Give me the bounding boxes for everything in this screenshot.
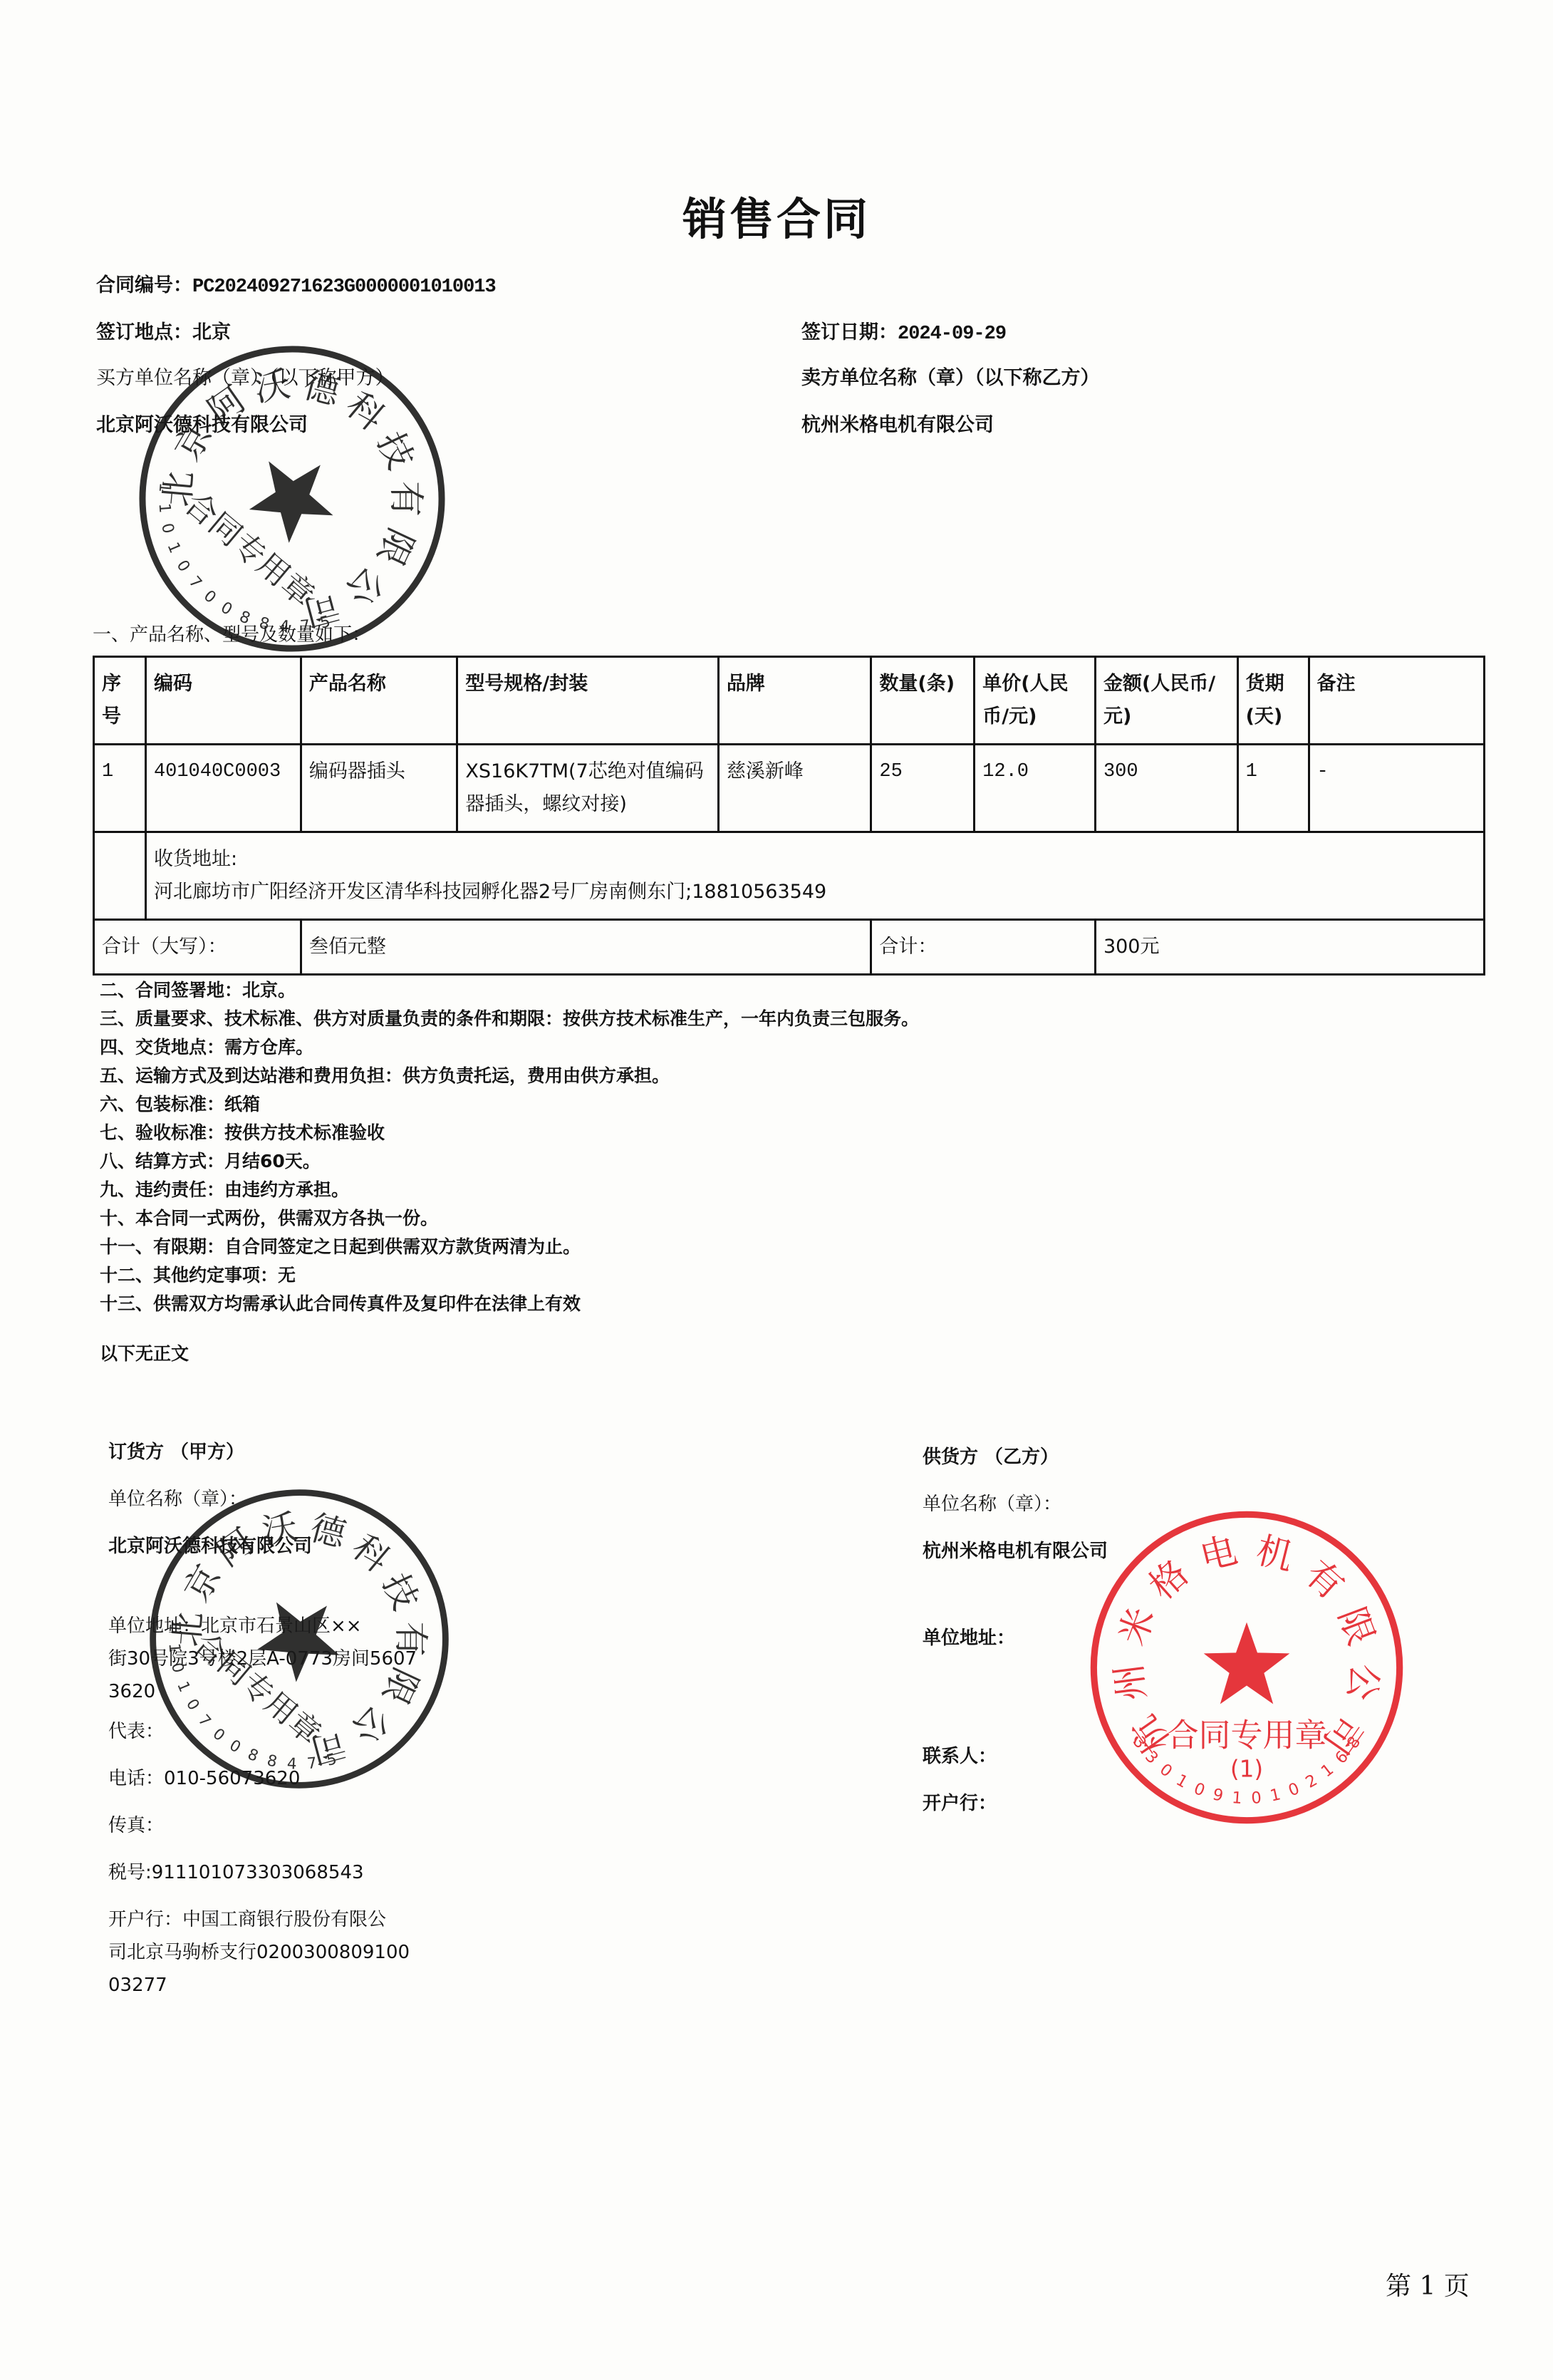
delivery-address-label: 收货地址: xyxy=(154,843,1476,876)
svg-text:限: 限 xyxy=(1330,1602,1382,1651)
buyer-tax: 税号:911101073303068543 xyxy=(108,1849,417,1896)
seller-label: 卖方单位名称（章）（以下称乙方） xyxy=(801,362,1100,390)
svg-text:7: 7 xyxy=(299,617,311,636)
buyer-bank-line1: 中国工商银行股份有限公 xyxy=(182,1909,386,1930)
svg-text:0: 0 xyxy=(1286,1779,1302,1800)
cell-name: 编码器插头 xyxy=(301,745,457,832)
svg-text:沃: 沃 xyxy=(251,363,294,410)
contract-number-label: 合同编号： xyxy=(96,274,192,296)
svg-text:8: 8 xyxy=(245,1745,261,1765)
cell-brand: 慈溪新峰 xyxy=(718,745,871,832)
col-header-name: 产品名称 xyxy=(301,657,457,745)
svg-text:1: 1 xyxy=(1231,1789,1242,1808)
cell-qty: 25 xyxy=(871,745,975,832)
svg-text:8: 8 xyxy=(265,1752,279,1771)
contract-term-item: 四、交货地点：需方仓库。 xyxy=(100,1033,919,1062)
seller-signature-block: 供货方 （乙方） 单位名称（章）： 杭州米格电机有限公司 单位地址： 联系人： … xyxy=(923,1434,1108,1827)
contract-term-item: 七、验收标准：按供方技术标准验收 xyxy=(100,1119,919,1147)
contract-term-item: 十、本合同一式两份，供需双方各执一份。 xyxy=(100,1204,919,1233)
seller-contact-label: 联系人： xyxy=(923,1733,1108,1780)
svg-text:0: 0 xyxy=(182,1696,202,1714)
svg-text:1: 1 xyxy=(163,540,183,557)
total-upper-value: 叁佰元整 xyxy=(301,920,871,975)
col-header-remark: 备注 xyxy=(1309,657,1485,745)
total-row: 合计（大写）： 叁佰元整 合计： 300元 xyxy=(94,920,1485,975)
sign-date: 签订日期：2024-09-29 xyxy=(801,316,1006,345)
svg-text:科: 科 xyxy=(345,1527,398,1580)
svg-text:合同专用章: 合同专用章 xyxy=(1167,1716,1327,1754)
buyer-seal-stamp-icon: 北京阿沃德科技有限公司合同专用章1101070088475 xyxy=(132,338,452,659)
svg-text:0: 0 xyxy=(209,1725,229,1745)
svg-text:9: 9 xyxy=(1211,1785,1225,1806)
no-more-text-note: 以下无正文 xyxy=(100,1340,189,1365)
svg-text:0: 0 xyxy=(200,587,219,607)
cell-seq: 1 xyxy=(94,745,146,832)
total-upper-label: 合计（大写）： xyxy=(94,920,301,975)
seller-bank-label: 开户行： xyxy=(923,1780,1108,1827)
delivery-address-value: 河北廊坊市广阳经济开发区清华科技园孵化器2号厂房南侧东门;18810563549 xyxy=(154,876,1476,909)
svg-text:1: 1 xyxy=(1269,1785,1283,1806)
page-number: 第 1 页 xyxy=(1386,2266,1470,2302)
buyer-tax-value: 911101073303068543 xyxy=(152,1862,364,1883)
svg-text:(1): (1) xyxy=(1230,1755,1263,1782)
cell-code: 401040C0003 xyxy=(145,745,301,832)
svg-text:京: 京 xyxy=(177,1558,229,1608)
delivery-address-row: 收货地址: 河北廊坊市广阳经济开发区清华科技园孵化器2号厂房南侧东门;18810… xyxy=(94,832,1485,920)
table-row: 1 401040C0003 编码器插头 XS16K7TM(7芯绝对值编码器插头，… xyxy=(94,745,1485,832)
svg-text:德: 德 xyxy=(299,364,346,413)
cell-spec: XS16K7TM(7芯绝对值编码器插头，螺纹对接) xyxy=(457,745,719,832)
svg-text:机: 机 xyxy=(1252,1529,1297,1579)
delivery-address-spacer xyxy=(94,832,146,920)
contract-term-item: 十二、其他约定事项：无 xyxy=(100,1261,919,1290)
contract-term-item: 八、结算方式：月结60天。 xyxy=(100,1147,919,1176)
seller-name: 杭州米格电机有限公司 xyxy=(801,409,994,437)
svg-text:格: 格 xyxy=(1142,1553,1197,1608)
document-title: 销售合同 xyxy=(0,184,1553,247)
svg-text:阿: 阿 xyxy=(200,378,253,433)
svg-text:7: 7 xyxy=(194,1712,214,1731)
col-header-brand: 品牌 xyxy=(718,657,871,745)
svg-text:州: 州 xyxy=(1108,1661,1154,1702)
product-table: 序号 编码 产品名称 型号规格/封装 品牌 数量(条) 单价(人民币/元) 金额… xyxy=(93,656,1485,976)
total-label: 合计： xyxy=(871,920,1096,975)
svg-text:公: 公 xyxy=(338,559,393,614)
svg-text:电: 电 xyxy=(1196,1529,1242,1579)
svg-text:1: 1 xyxy=(165,1642,184,1653)
svg-text:4: 4 xyxy=(286,1755,297,1774)
contract-number-value: PC202409271623G0000001010013 xyxy=(192,276,496,298)
col-header-spec: 型号规格/封装 xyxy=(457,657,719,745)
col-header-seq: 序号 xyxy=(94,657,146,745)
seller-block-heading: 供货方 （乙方） xyxy=(923,1434,1108,1481)
contract-number: 合同编号：PC202409271623G0000001010013 xyxy=(96,269,496,298)
svg-text:1: 1 xyxy=(173,1679,193,1695)
svg-text:德: 德 xyxy=(306,1507,351,1556)
buyer-block-heading: 订货方 （甲方） xyxy=(108,1429,417,1476)
sign-date-value: 2024-09-29 xyxy=(898,324,1006,345)
svg-text:限: 限 xyxy=(375,1662,426,1710)
total-value: 300元 xyxy=(1095,920,1484,975)
svg-text:0: 0 xyxy=(157,522,177,535)
cell-lead-time: 1 xyxy=(1237,745,1309,832)
buyer-fax-label: 传真： xyxy=(108,1802,417,1849)
sign-date-label: 签订日期： xyxy=(801,321,898,343)
svg-text:0: 0 xyxy=(167,1661,187,1675)
seller-address-label: 单位地址： xyxy=(923,1615,1108,1662)
col-header-qty: 数量(条) xyxy=(871,657,975,745)
svg-text:限: 限 xyxy=(369,522,422,572)
svg-text:0: 0 xyxy=(172,557,193,575)
buyer-bank-label: 开户行： xyxy=(108,1909,182,1930)
col-header-amount: 金额(人民币/元) xyxy=(1095,657,1237,745)
svg-text:2: 2 xyxy=(1302,1771,1320,1792)
svg-text:公: 公 xyxy=(1339,1661,1386,1702)
svg-text:0: 0 xyxy=(217,599,235,619)
col-header-lead-time: 货期(天) xyxy=(1237,657,1309,745)
seller-unit-name: 杭州米格电机有限公司 xyxy=(923,1528,1108,1575)
svg-text:阿: 阿 xyxy=(209,1521,261,1575)
svg-text:0: 0 xyxy=(1156,1760,1175,1781)
cell-amount: 300 xyxy=(1095,745,1237,832)
seller-seal-stamp-icon: 杭州米格电机有限公司合同专用章(1)33010910102168 xyxy=(1083,1504,1411,1831)
svg-text:8: 8 xyxy=(257,614,271,633)
seller-unit-name-label: 单位名称（章）： xyxy=(923,1481,1108,1528)
svg-text:1: 1 xyxy=(1173,1771,1190,1792)
svg-text:有: 有 xyxy=(1297,1553,1351,1608)
svg-text:米: 米 xyxy=(1111,1602,1163,1651)
svg-text:0: 0 xyxy=(1251,1789,1262,1808)
cell-unit-price: 12.0 xyxy=(975,745,1096,832)
svg-text:有: 有 xyxy=(390,1622,431,1657)
svg-text:公: 公 xyxy=(345,1697,398,1751)
svg-text:7: 7 xyxy=(306,1754,318,1773)
contract-term-item: 十一、有限期：自合同签定之日起到供需双方款货两清为止。 xyxy=(100,1233,919,1261)
delivery-address-cell: 收货地址: 河北廊坊市广阳经济开发区清华科技园孵化器2号厂房南侧东门;18810… xyxy=(145,832,1484,920)
contract-term-item: 二、合同签署地：北京。 xyxy=(100,976,919,1005)
buyer-tax-label: 税号: xyxy=(108,1862,152,1883)
svg-text:1: 1 xyxy=(155,482,174,493)
svg-text:0: 0 xyxy=(1191,1779,1207,1800)
contract-term-item: 五、运输方式及到达站港和费用负担：供方负责托运，费用由供方承担。 xyxy=(100,1062,919,1090)
svg-text:0: 0 xyxy=(227,1737,244,1756)
svg-text:1: 1 xyxy=(165,1623,184,1634)
svg-text:京: 京 xyxy=(167,416,220,467)
svg-text:有: 有 xyxy=(385,481,427,517)
buyer-bank-line2: 司北京马驹桥支行0200300809100 xyxy=(108,1936,417,1969)
svg-text:1: 1 xyxy=(155,502,174,514)
table-header-row: 序号 编码 产品名称 型号规格/封装 品牌 数量(条) 单价(人民币/元) 金额… xyxy=(94,657,1485,745)
col-header-unit-price: 单价(人民币/元) xyxy=(975,657,1096,745)
contract-terms: 二、合同签署地：北京。三、质量要求、技术标准、供方对质量负责的条件和期限：按供方… xyxy=(100,976,919,1318)
svg-text:科: 科 xyxy=(338,384,393,439)
svg-text:4: 4 xyxy=(279,618,290,636)
contract-term-item: 十三、供需双方均需承认此合同传真件及复印件在法律上有效 xyxy=(100,1290,919,1318)
buyer-seal-stamp-icon: 北京阿沃德科技有限公司合同专用章1101070088475 xyxy=(142,1482,456,1796)
buyer-bank-line3: 03277 xyxy=(108,1969,417,2002)
col-header-code: 编码 xyxy=(145,657,301,745)
buyer-bank: 开户行：中国工商银行股份有限公 司北京马驹桥支行0200300809100 03… xyxy=(108,1903,417,2002)
svg-text:7: 7 xyxy=(185,573,205,592)
cell-remark: - xyxy=(1309,745,1485,832)
svg-text:技: 技 xyxy=(375,1568,426,1616)
svg-text:8: 8 xyxy=(237,608,252,628)
svg-text:技: 技 xyxy=(369,425,422,475)
svg-text:1: 1 xyxy=(1318,1760,1337,1781)
contract-term-item: 九、违约责任：由违约方承担。 xyxy=(100,1176,919,1204)
contract-term-item: 三、质量要求、技术标准、供方对质量负责的条件和期限：按供方技术标准生产，一年内负… xyxy=(100,1005,919,1033)
svg-text:沃: 沃 xyxy=(259,1506,301,1553)
contract-term-item: 六、包装标准：纸箱 xyxy=(100,1090,919,1119)
